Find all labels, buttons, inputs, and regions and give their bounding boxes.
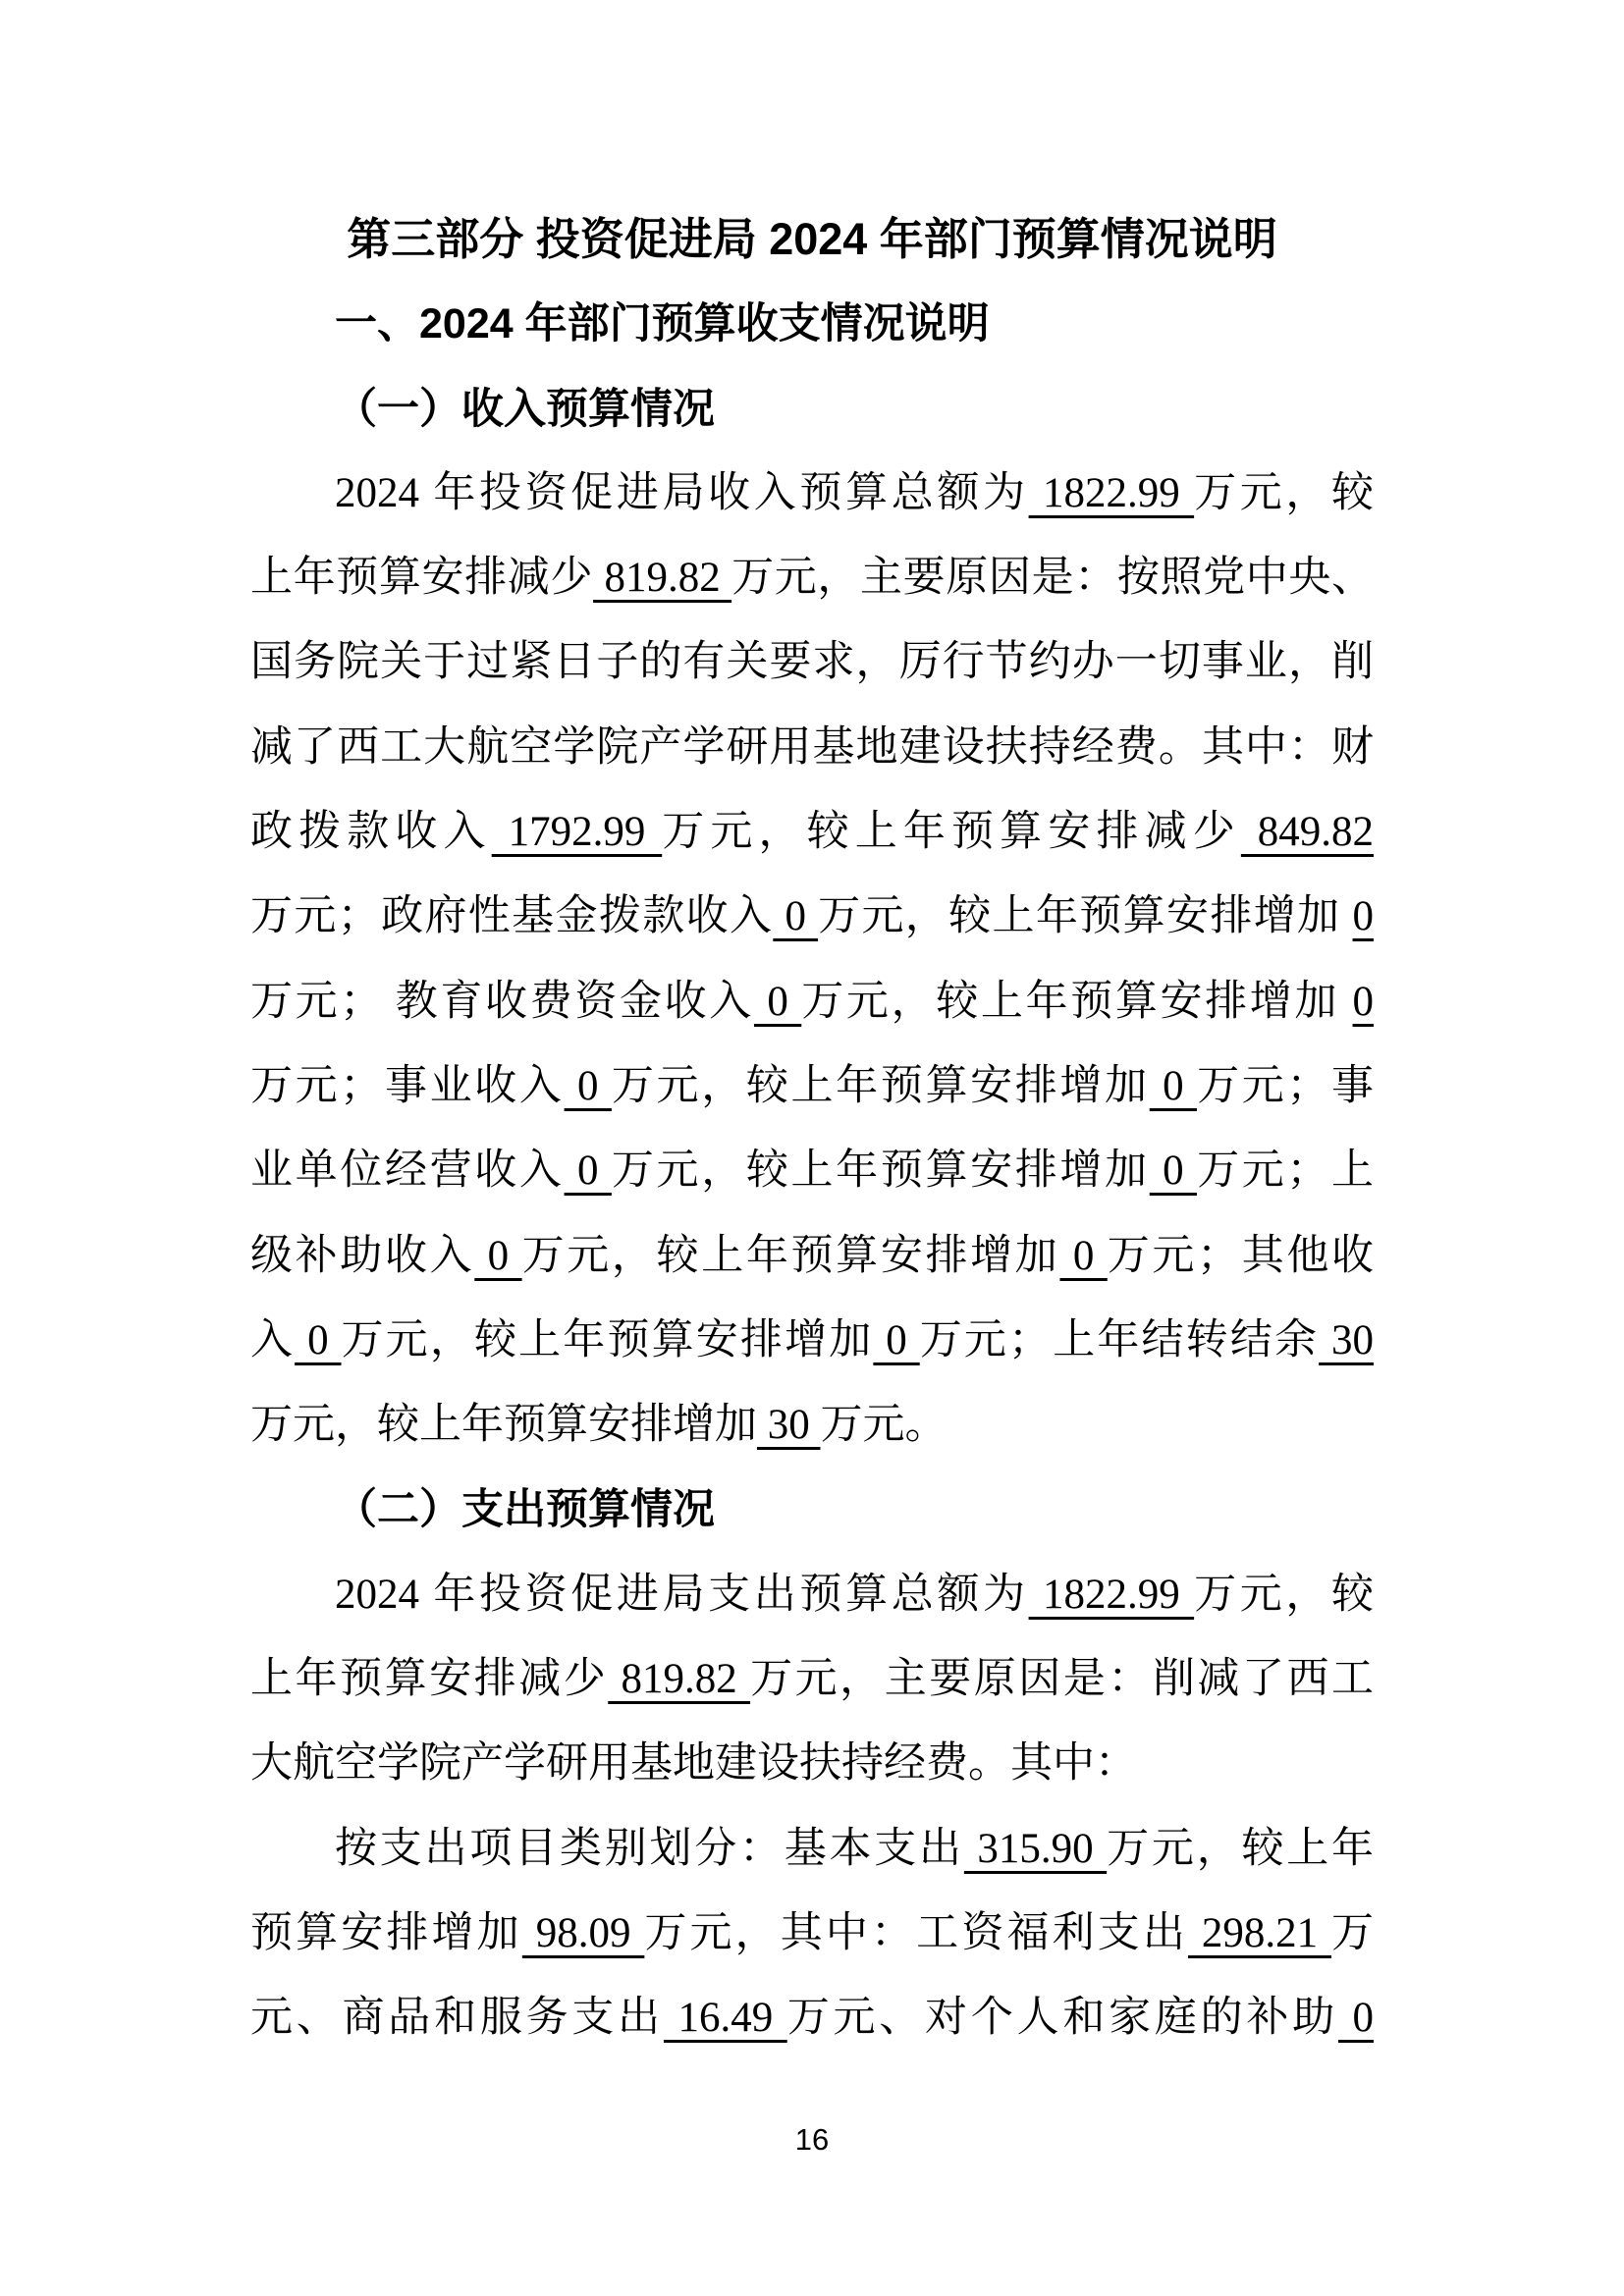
text-line: 万元；政府性基金拨款收入 0 万元，较上年预算安排增加 0 (250, 875, 1374, 959)
text-segment: 万元，较上年预算安排增加 (818, 893, 1352, 939)
text-segment: 万元；上年结转结余 (920, 1317, 1319, 1363)
underlined-value: 298.21 (1188, 1910, 1331, 1956)
underlined-value: 0 (295, 1317, 341, 1363)
text-line: 万元，较上年预算安排增加 30 万元。 (250, 1383, 1374, 1468)
document-title: 第三部分 投资促进局 2024 年部门预算情况说明 (250, 197, 1374, 282)
text-segment: 万元，较上年预算安排增加 (250, 1402, 757, 1448)
text-segment: 入 (250, 1317, 295, 1363)
text-segment: 大航空学院产学研用基地建设扶持经费。其中： (250, 1740, 1137, 1787)
text-segment: 万元，其中：工资福利支出 (644, 1910, 1188, 1956)
underlined-value: 0 (1150, 1063, 1197, 1109)
text-line: 级补助收入 0 万元，较上年预算安排增加 0 万元；其他收 (250, 1214, 1374, 1299)
text-line: 按支出项目类别划分：基本支出 315.90 万元，较上年 (250, 1807, 1374, 1892)
underlined-value: 16.49 (664, 1995, 787, 2041)
text-segment: 元、商品和服务支出 (250, 1995, 664, 2041)
underlined-value: 0 (873, 1317, 919, 1363)
text-segment: 万元；政府性基金拨款收入 (250, 893, 773, 939)
text-segment: 万元，较 (1194, 470, 1374, 516)
underlined-value: 30 (757, 1402, 821, 1448)
underlined-value: 0 (565, 1148, 612, 1194)
underlined-value: 1792.99 (492, 809, 663, 855)
text-segment: 一、2024 年部门预算收支情况说明 (335, 300, 990, 347)
text-segment: 级补助收入 (250, 1233, 474, 1279)
text-line: 2024 年投资促进局收入预算总额为 1822.99 万元，较 (250, 452, 1374, 536)
text-segment: （一）收入预算情况 (335, 386, 715, 433)
text-segment: 万元，主要原因是：削减了西工 (750, 1656, 1374, 1702)
document-body: 第三部分 投资促进局 2024 年部门预算情况说明一、2024 年部门预算收支情… (250, 197, 1374, 2061)
text-segment: 按支出项目类别划分：基本支出 (335, 1826, 964, 1872)
text-segment: 2024 年投资促进局支出预算总额为 (335, 1572, 1029, 1618)
text-line: 业单位经营收入 0 万元，较上年预算安排增加 0 万元；上 (250, 1129, 1374, 1213)
text-line: 上年预算安排减少 819.82 万元，主要原因是：按照党中央、 (250, 536, 1374, 620)
text-line: 政拨款收入 1792.99 万元，较上年预算安排减少 849.82 (250, 790, 1374, 875)
text-line: 入 0 万元，较上年预算安排增加 0 万元；上年结转结余 30 (250, 1299, 1374, 1383)
underlined-value: 98.09 (522, 1910, 645, 1956)
text-segment: 万元；其他收 (1108, 1233, 1374, 1279)
text-line: 万元；事业收入 0 万元，较上年预算安排增加 0 万元；事 (250, 1044, 1374, 1129)
underlined-value: 0 (1150, 1148, 1197, 1194)
subsection-heading-income: （一）收入预算情况 (250, 367, 1374, 452)
text-line: 预算安排增加 98.09 万元，其中：工资福利支出 298.21 万 (250, 1892, 1374, 1976)
underlined-value: 1822.99 (1029, 1572, 1195, 1618)
text-segment: 万元。 (821, 1402, 947, 1448)
underlined-value: 0 (754, 979, 801, 1025)
underlined-value: 0 (1059, 1233, 1107, 1279)
text-segment: 万元，较上年预算安排增加 (342, 1317, 874, 1363)
text-segment: 减了西工大航空学院产学研用基地建设扶持经费。其中：财 (250, 724, 1374, 771)
text-line: 万元； 教育收费资金收入 0 万元，较上年预算安排增加 0 (250, 960, 1374, 1044)
text-segment: 业单位经营收入 (250, 1148, 565, 1194)
underlined-value: 0 (1353, 893, 1375, 939)
underlined-value: 819.82 (593, 555, 731, 601)
text-segment: 万元；事业收入 (250, 1063, 565, 1109)
text-segment: 万元；事 (1197, 1063, 1374, 1109)
text-segment: 上年预算安排减少 (250, 555, 593, 601)
text-line: 2024 年投资促进局支出预算总额为 1822.99 万元，较 (250, 1553, 1374, 1637)
text-segment: 国务院关于过紧日子的有关要求，厉行节约办一切事业，削 (250, 639, 1374, 685)
text-segment: （二）支出预算情况 (335, 1486, 715, 1533)
underlined-value: 0 (1353, 979, 1375, 1025)
underlined-value: 30 (1319, 1317, 1374, 1363)
text-line: 元、商品和服务支出 16.49 万元、对个人和家庭的补助 0 (250, 1976, 1374, 2060)
text-segment: 万元、对个人和家庭的补助 (787, 1995, 1338, 2041)
text-segment: 万元，较上年预算安排增加 (612, 1063, 1150, 1109)
text-segment: 万元，较上年预算安排增加 (801, 979, 1352, 1025)
underlined-value: 819.82 (608, 1656, 750, 1702)
text-segment: 万元，主要原因是：按照党中央、 (731, 555, 1374, 601)
text-segment: 万 (1331, 1910, 1374, 1956)
underlined-value: 0 (565, 1063, 612, 1109)
text-segment: 2024 年投资促进局收入预算总额为 (335, 470, 1029, 516)
text-segment: 万元，较上年预算安排增加 (612, 1148, 1150, 1194)
text-segment: 万元，较 (1194, 1572, 1374, 1618)
subsection-heading-expense: （二）支出预算情况 (250, 1468, 1374, 1552)
text-line: 减了西工大航空学院产学研用基地建设扶持经费。其中：财 (250, 706, 1374, 790)
underlined-value: 1822.99 (1029, 470, 1195, 516)
text-line: 上年预算安排减少 819.82 万元，主要原因是：削减了西工 (250, 1637, 1374, 1722)
text-segment: 预算安排增加 (250, 1910, 522, 1956)
text-segment: 政拨款收入 (250, 809, 492, 855)
text-segment: 万元，较上年预算安排增加 (522, 1233, 1060, 1279)
underlined-value: 0 (1338, 1995, 1374, 2041)
text-segment: 万元，较上年 (1107, 1826, 1374, 1872)
section-heading-1: 一、2024 年部门预算收支情况说明 (250, 282, 1374, 366)
text-line: 国务院关于过紧日子的有关要求，厉行节约办一切事业，削 (250, 620, 1374, 705)
text-segment: 万元； 教育收费资金收入 (250, 979, 754, 1025)
text-segment: 第三部分 投资促进局 2024 年部门预算情况说明 (347, 214, 1277, 264)
page-number: 16 (0, 2120, 1624, 2160)
underlined-value: 849.82 (1241, 809, 1374, 855)
text-line: 大航空学院产学研用基地建设扶持经费。其中： (250, 1722, 1374, 1806)
text-segment: 上年预算安排减少 (250, 1656, 608, 1702)
underlined-value: 0 (474, 1233, 521, 1279)
text-segment: 万元，较上年预算安排减少 (662, 809, 1241, 855)
text-segment: 万元；上 (1197, 1148, 1374, 1194)
underlined-value: 0 (773, 893, 818, 939)
underlined-value: 315.90 (964, 1826, 1107, 1872)
